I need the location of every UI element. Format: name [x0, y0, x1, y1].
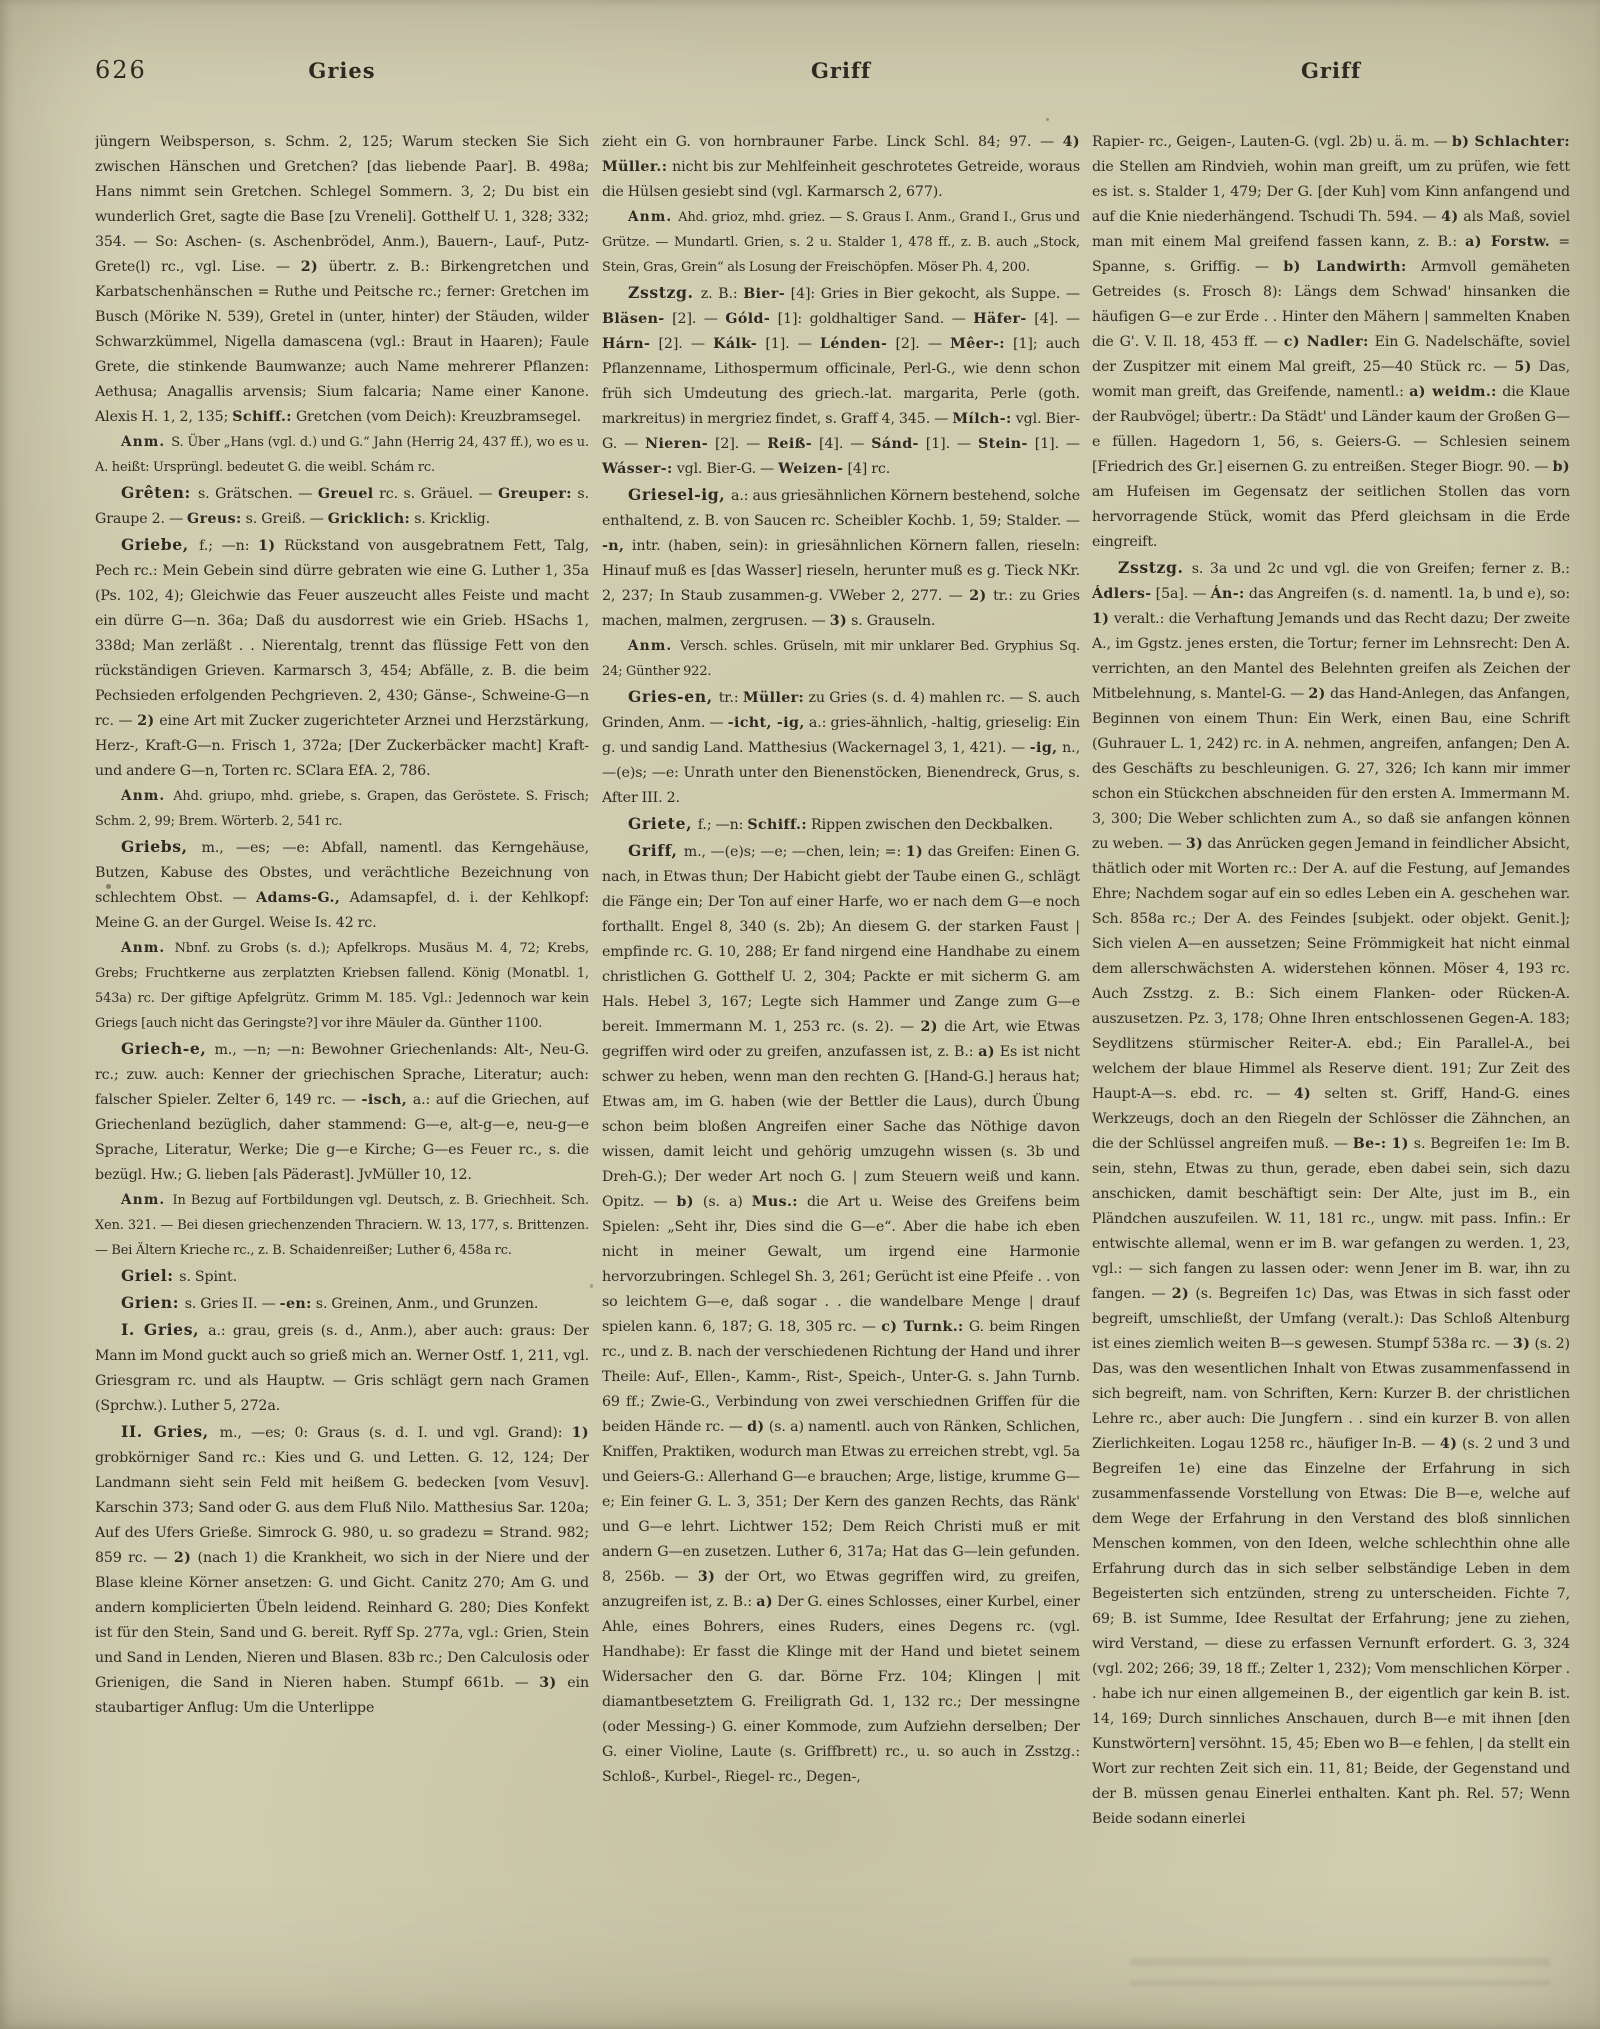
page-bottom-shading: [0, 1996, 1600, 2029]
text-column-2: zieht ein G. von hornbrauner Farbe. Linc…: [602, 130, 1080, 1896]
running-head-column-1: Gries: [95, 58, 589, 83]
running-head-column-3: Griff: [1092, 58, 1570, 83]
headword: Griff,: [628, 841, 684, 860]
entry-paragraph: Griesel-ig, a.: aus griesähnlichen Körne…: [602, 482, 1080, 634]
headword: Gries-en,: [628, 687, 719, 706]
entry-paragraph: Zsstzg. z. B.: Bier- [4]: Gries in Bier …: [602, 280, 1080, 482]
headword: Grien:: [121, 1293, 185, 1312]
ink-speck: [590, 1284, 593, 1288]
text-column-1: jüngern Weibsperson, s. Schm. 2, 125; Wa…: [95, 130, 589, 1896]
headword: Zsstzg.: [628, 283, 701, 302]
entry-paragraph: jüngern Weibsperson, s. Schm. 2, 125; Wa…: [95, 130, 589, 430]
entry-paragraph: Griff, m., —(e)s; —e; —chen, lein; =: 1)…: [602, 838, 1080, 1790]
headword: Anm.: [121, 940, 175, 956]
entry-paragraph: I. Gries, a.: grau, greis (s. d., Anm.),…: [95, 1317, 589, 1419]
headword: Grêten:: [121, 483, 198, 502]
headword: Griebe,: [121, 535, 199, 554]
entry-paragraph: Rapier- rc., Geigen-, Lauten-G. (vgl. 2b…: [1092, 130, 1570, 555]
text-column-3: Rapier- rc., Geigen-, Lauten-G. (vgl. 2b…: [1092, 130, 1570, 1896]
entry-paragraph: Griebs, m., —es; —e: Abfall, namentl. da…: [95, 834, 589, 936]
annotation-paragraph: Anm. In Bezug auf Fortbildungen vgl. Deu…: [95, 1188, 589, 1263]
entry-paragraph: Griete, f.; —n: Schiff.: Rippen zwischen…: [602, 811, 1080, 838]
headword: Anm.: [121, 788, 173, 804]
entry-paragraph: Griebe, f.; —n: 1) Rückstand von ausgebr…: [95, 532, 589, 784]
headword: Griech-e,: [121, 1039, 214, 1058]
entry-paragraph: Griech-e, m., —n; —n: Bewohner Griechenl…: [95, 1036, 589, 1188]
entry-paragraph: Griel: s. Spint.: [95, 1263, 589, 1290]
headword: Zsstzg.: [1118, 558, 1192, 577]
page-showthrough-stain: [1130, 1952, 1550, 1986]
headword: Anm.: [628, 638, 680, 654]
headword: Griesel-ig,: [628, 485, 731, 504]
ink-speck: [1046, 118, 1049, 121]
page-header: 626 Gries Griff Griff: [0, 54, 1600, 90]
headword: II. Gries,: [121, 1422, 220, 1441]
dictionary-page: 626 Gries Griff Griff jüngern Weibsperso…: [0, 0, 1600, 2029]
headword: Griete,: [628, 814, 698, 833]
headword: Griel:: [121, 1266, 179, 1285]
headword: Anm.: [121, 1192, 173, 1208]
ink-speck: [106, 884, 111, 889]
annotation-paragraph: Anm. Ahd. grioz, mhd. griez. — S. Graus …: [602, 205, 1080, 280]
entry-paragraph: zieht ein G. von hornbrauner Farbe. Linc…: [602, 130, 1080, 205]
annotation-paragraph: Anm. Nbnf. zu Grobs (s. d.); Apfelkrops.…: [95, 936, 589, 1036]
headword: I. Gries,: [121, 1320, 208, 1339]
entry-paragraph: Grêten: s. Grätschen. — Greuel rc. s. Gr…: [95, 480, 589, 532]
entry-paragraph: Zsstzg. s. 3a und 2c und vgl. die von Gr…: [1092, 555, 1570, 1832]
entry-paragraph: Grien: s. Gries II. — -en: s. Greinen, A…: [95, 1290, 589, 1317]
annotation-paragraph: Anm. Versch. schles. Grüseln, mit mir un…: [602, 634, 1080, 684]
headword: Anm.: [121, 434, 171, 450]
entry-paragraph: II. Gries, m., —es; 0: Graus (s. d. I. u…: [95, 1419, 589, 1721]
headword: Griebs,: [121, 837, 202, 856]
annotation-paragraph: Anm. Ahd. griupo, mhd. griebe, s. Grapen…: [95, 784, 589, 834]
annotation-paragraph: Anm. S. Über „Hans (vgl. d.) und G.“ Jah…: [95, 430, 589, 480]
running-head-column-2: Griff: [602, 58, 1080, 83]
entry-paragraph: Gries-en, tr.: Müller: zu Gries (s. d. 4…: [602, 684, 1080, 811]
headword: Anm.: [628, 209, 678, 225]
